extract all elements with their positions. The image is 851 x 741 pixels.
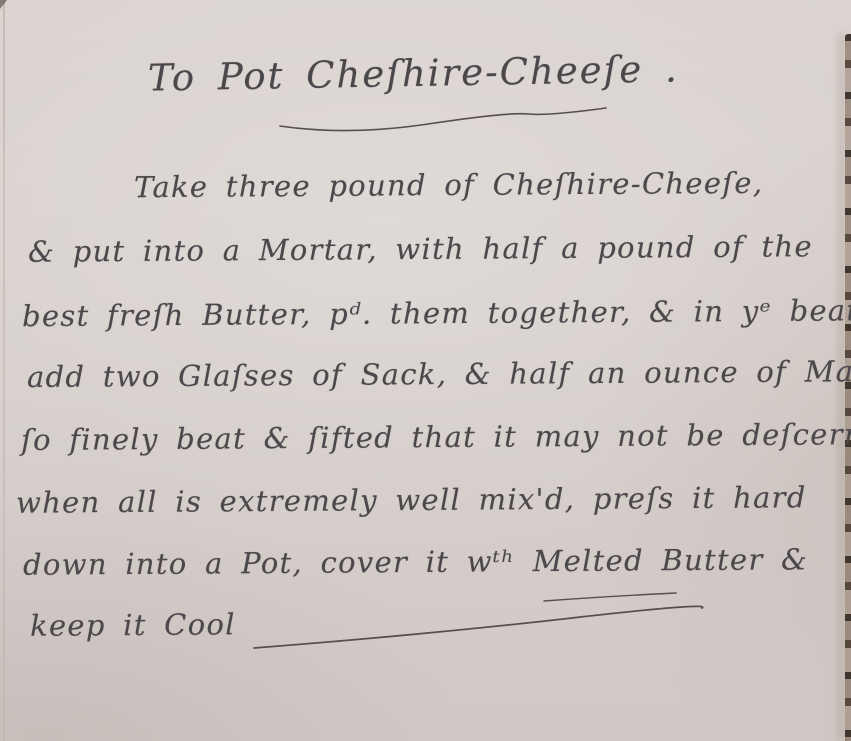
body-line: when all is extremely well mix'd, preſs … xyxy=(16,480,807,520)
closing-flourish-line xyxy=(252,604,704,650)
body-line: best freſh Butter, pᵈ. them together, & … xyxy=(22,293,851,333)
manuscript-page: To Pot Cheſhire-Cheeſe . Take three poun… xyxy=(0,0,851,741)
body-line: down into a Pot, cover it wᵗʰ Melted But… xyxy=(23,542,808,581)
title-underline-flourish xyxy=(278,104,608,138)
recipe-title: To Pot Cheſhire-Cheeſe . xyxy=(148,47,679,99)
body-line: keep it Cool xyxy=(30,607,236,642)
body-line: add two Glaſses of Sack, & half an ounce… xyxy=(27,354,851,394)
page-fold-line xyxy=(3,0,5,741)
body-line: Take three pound of Cheſhire-Cheeſe, xyxy=(134,166,764,204)
body-line: ſo finely beat & ſifted that it may not … xyxy=(21,417,851,457)
body-line: & put into a Mortar, with half a pound o… xyxy=(28,229,813,268)
page-corner-mark xyxy=(0,0,7,9)
melted-butter-underline xyxy=(543,592,677,602)
